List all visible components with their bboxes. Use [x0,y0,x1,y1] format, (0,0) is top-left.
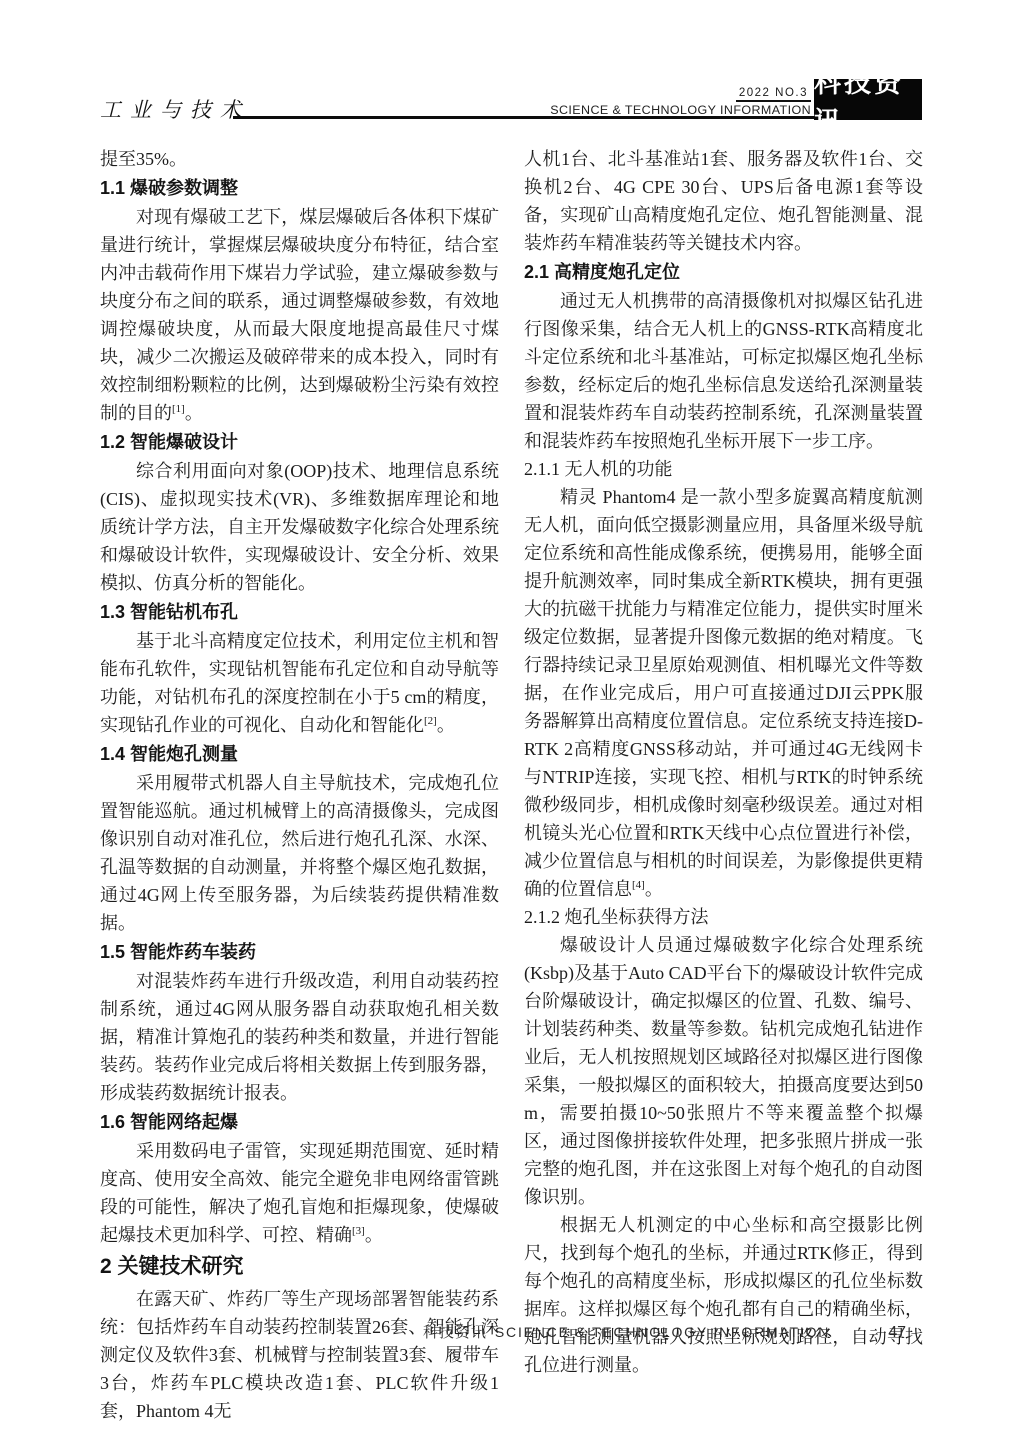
body-paragraph: 采用履带式机器人自主导航技术，完成炮孔位置智能巡航。通过机械臂上的高清摄像头，完… [100,769,499,937]
journal-name-english: SCIENCE & TECHNOLOGY INFORMATION [550,103,811,116]
footer-journal-cn: 科技资讯 [423,1321,487,1342]
citation-ref: [2] [424,715,437,727]
subsection-heading: 1.5 智能炸药车装药 [100,937,499,967]
subsection-heading: 1.6 智能网络起爆 [100,1107,499,1137]
column-section-label: 工业与技术 [100,94,250,124]
article-body: 提至35%。1.1 爆破参数调整对现有爆破工艺下，煤层爆破后各体积下煤矿量进行统… [100,145,923,1425]
page-footer: 科技资讯 SCIENCE & TECHNOLOGY INFORMATION 47 [100,1321,906,1342]
body-paragraph: 基于北斗高精度定位技术，利用定位主机和智能布孔软件，实现钻机智能布孔定位和自动导… [100,627,499,739]
journal-masthead: 2022 NO.3 SCIENCE & TECHNOLOGY INFORMATI… [550,79,922,120]
issue-meta: 2022 NO.3 SCIENCE & TECHNOLOGY INFORMATI… [550,87,811,120]
citation-ref: [4] [632,879,645,891]
subsection-heading: 2.1 高精度炮孔定位 [524,257,923,287]
body-paragraph: 综合利用面向对象(OOP)技术、地理信息系统(CIS)、虚拟现实技术(VR)、多… [100,457,499,597]
body-paragraph: 在露天矿、炸药厂等生产现场部署智能装药系统：包括炸药车自动装药控制装置26套、智… [100,1285,499,1425]
subsection-heading: 1.3 智能钻机布孔 [100,597,499,627]
page-number: 47 [888,1324,906,1342]
subsubsection-heading: 2.1.2 炮孔坐标获得方法 [524,903,923,931]
body-paragraph: 精灵 Phantom4 是一款小型多旋翼高精度航测无人机，面向低空摄影测量应用，… [524,483,923,903]
citation-ref: [1] [172,403,185,415]
body-paragraph-continuation: 提至35%。 [100,145,499,173]
issue-year-number: 2022 NO.3 [736,87,811,102]
footer-journal-en: SCIENCE & TECHNOLOGY INFORMATION [495,1324,830,1340]
journal-page: 工业与技术 2022 NO.3 SCIENCE & TECHNOLOGY INF… [0,0,1020,1431]
citation-ref: [3] [352,1225,365,1237]
subsubsection-heading: 2.1.1 无人机的功能 [524,455,923,483]
section-heading: 2 关键技术研究 [100,1249,499,1285]
body-paragraph: 采用数码电子雷管，实现延期范围宽、延时精度高、使用安全高效、能完全避免非电网络雷… [100,1137,499,1249]
body-paragraph: 根据无人机测定的中心坐标和高空摄影比例尺，找到每个炮孔的坐标，并通过RTK修正，… [524,1211,923,1379]
body-paragraph-continuation: 人机1台、北斗基准站1套、服务器及软件1台、交换机2台、4G CPE 30台、U… [524,145,923,257]
subsection-heading: 1.1 爆破参数调整 [100,173,499,203]
journal-logo: 科技资讯 [814,79,922,120]
right-column: 人机1台、北斗基准站1套、服务器及软件1台、交换机2台、4G CPE 30台、U… [524,145,923,1425]
subsection-heading: 1.2 智能爆破设计 [100,427,499,457]
body-paragraph: 对混装炸药车进行升级改造，利用自动装药控制系统，通过4G网从服务器自动获取炮孔相… [100,967,499,1107]
body-paragraph: 通过无人机携带的高清摄像机对拟爆区钻孔进行图像采集，结合无人机上的GNSS-RT… [524,287,923,455]
subsection-heading: 1.4 智能炮孔测量 [100,739,499,769]
body-paragraph: 爆破设计人员通过爆破数字化综合处理系统(Ksbp)及基于Auto CAD平台下的… [524,931,923,1211]
left-column: 提至35%。1.1 爆破参数调整对现有爆破工艺下，煤层爆破后各体积下煤矿量进行统… [100,145,499,1425]
body-paragraph: 对现有爆破工艺下，煤层爆破后各体积下煤矿量进行统计，掌握煤层爆破块度分布特征，结… [100,203,499,427]
